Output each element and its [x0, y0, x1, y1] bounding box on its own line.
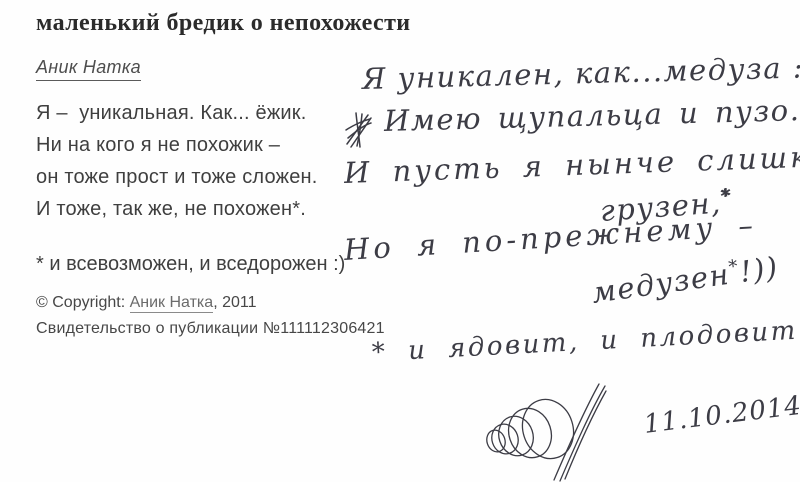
scanned-poem-page: маленький бредик о непохожести Аник Натк…	[0, 0, 800, 482]
copyright-line: © Copyright: Аник Натка, 2011	[36, 294, 256, 312]
poem-line: Ни на кого я не похожик –	[36, 129, 318, 161]
handwritten-word-medusen: медузен	[590, 257, 732, 310]
poem-line: он тоже прост и тоже сложен.	[36, 161, 318, 193]
signature-doodle-icon	[466, 383, 661, 482]
poem-line: Я – уникальная. Как... ёжик.	[36, 97, 318, 129]
copyright-author-link[interactable]: Аник Натка	[130, 294, 214, 313]
page-title: маленький бредик о непохожести	[36, 10, 411, 37]
poem-footnote: * и всевозможен, и вседорожен :)	[36, 253, 345, 276]
author-link[interactable]: Аник Натка	[36, 57, 141, 81]
handwritten-line-2: Имею щупальца и пузо.	[384, 93, 800, 138]
publication-certificate: Свидетельство о публикации №111112306421	[36, 320, 385, 338]
copyright-suffix: , 2011	[213, 294, 256, 311]
poem-body: Я – уникальная. Как... ёжик. Ни на кого …	[36, 97, 318, 225]
handwritten-asterisk-mark: *	[720, 185, 732, 207]
copyright-prefix: © Copyright:	[36, 294, 130, 311]
handwritten-exclamation: !))	[738, 250, 781, 289]
handwritten-line-1: Я уникален, как...медуза :	[362, 50, 800, 96]
handwritten-line-5: Но я по-прежнему –	[343, 208, 758, 267]
scribbled-out-word-icon	[344, 110, 374, 155]
handwritten-date: 11.10.2014	[642, 391, 800, 440]
handwritten-line-3: И пусть я нынче слишком	[343, 138, 800, 190]
handwritten-footnote: * и ядовит, и плодовит ;))	[371, 313, 800, 368]
handwritten-line-6: медузен*!))	[590, 250, 781, 310]
poem-line: И тоже, так же, не похожен*.	[36, 193, 318, 225]
